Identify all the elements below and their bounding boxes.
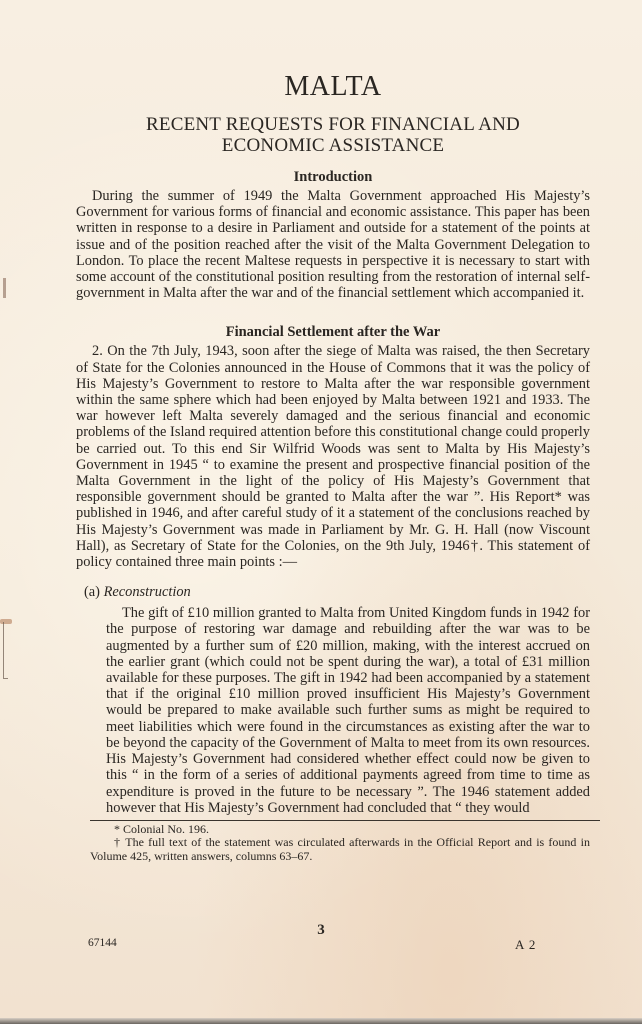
document-title: MALTA [76,70,590,104]
subtitle-line-2: ECONOMIC ASSISTANCE [222,135,444,156]
financial-settlement-paragraph: 2. On the 7th July, 1943, soon after the… [76,343,590,570]
section-heading-introduction: Introduction [76,168,590,186]
footnotes: * Colonial No. 196. † The full text of t… [90,823,590,864]
reconstruction-block: The gift of £10 million granted to Malta… [106,605,590,863]
document-subtitle: RECENT REQUESTS FOR FINANCIAL AND ECONOM… [76,114,590,156]
subsection-label: (a) [84,584,100,600]
paper-crease [3,622,8,679]
document-body: MALTA RECENT REQUESTS FOR FINANCIAL AND … [76,70,590,863]
signature-mark: A 2 [515,937,536,953]
paper-page: MALTA RECENT REQUESTS FOR FINANCIAL AND … [0,0,642,1024]
subsection-heading-reconstruction: (a) Reconstruction [84,584,590,601]
section-heading-financial-settlement: Financial Settlement after the War [76,323,590,341]
footnote-divider [90,820,600,821]
paper-blemish [3,278,6,298]
footnote-dagger: † The full text of the statement was cir… [90,836,590,863]
introduction-paragraph: During the summer of 1949 the Malta Gove… [76,188,590,301]
footnote-asterisk: * Colonial No. 196. [90,823,590,837]
reconstruction-paragraph: The gift of £10 million granted to Malta… [106,605,590,816]
subtitle-line-1: RECENT REQUESTS FOR FINANCIAL AND [146,114,520,135]
print-code: 67144 [88,937,117,949]
page-bottom-edge [0,1018,642,1024]
subsection-name: Reconstruction [104,584,191,600]
